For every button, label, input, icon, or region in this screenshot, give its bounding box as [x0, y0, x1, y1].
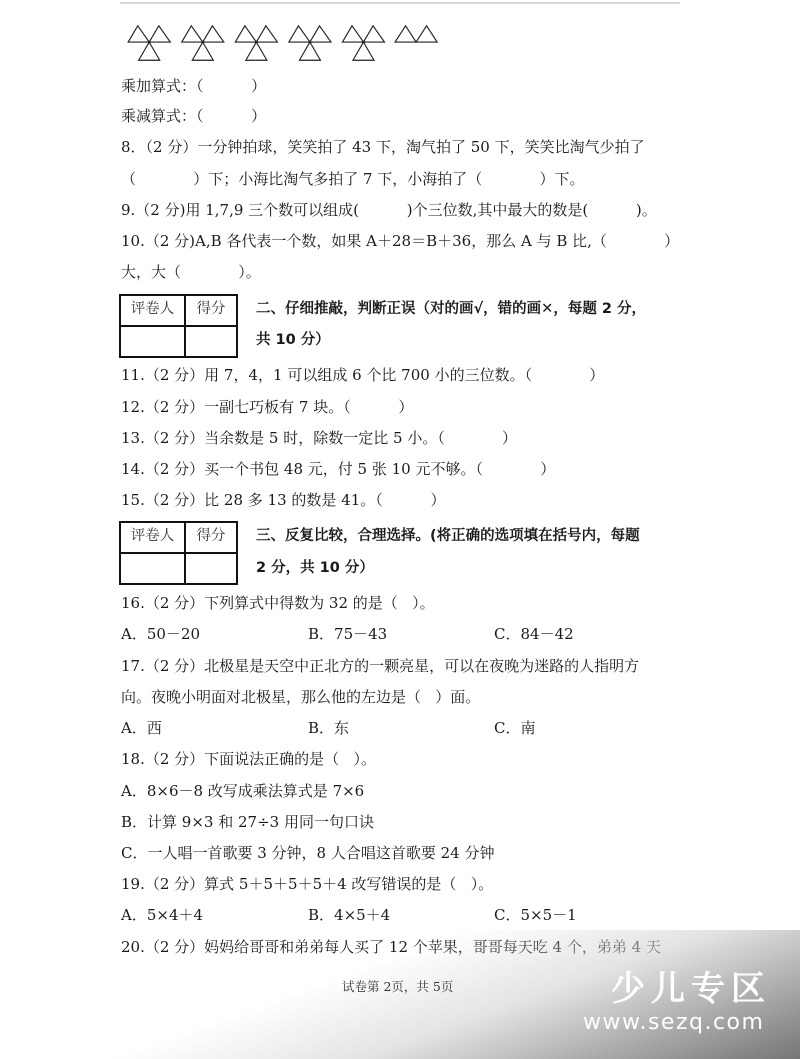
question-15: 15.（2 分）比 28 多 13 的数是 41。（ ） — [121, 490, 445, 510]
question-16-option-b: B．75－43 — [308, 624, 387, 644]
reviewer-header: 评卷人 — [120, 522, 185, 553]
question-19-option-a: A．5×4＋4 — [121, 905, 203, 925]
question-19-option-c: C．5×5－1 — [494, 905, 577, 925]
section-2-title-line-1: 二、仔细推敲，判断正误（对的画√，错的画✕，每题 2 分， — [256, 299, 646, 319]
triangle-pair-icon — [395, 26, 437, 42]
question-13: 13.（2 分）当余数是 5 时，除数一定比 5 小。（ ） — [121, 428, 517, 448]
question-12: 12.（2 分）一副七巧板有 7 块。（ ） — [121, 397, 413, 417]
section-3-score-table: 评卷人 得分 — [119, 521, 238, 585]
question-18: 18.（2 分）下面说法正确的是（ ）。 — [121, 749, 376, 769]
score-header: 得分 — [185, 522, 237, 553]
question-17-option-b: B．东 — [308, 718, 349, 738]
question-19-option-b: B．4×5＋4 — [308, 905, 390, 925]
question-11: 11.（2 分）用 7，4，1 可以组成 6 个比 700 小的三位数。（ ） — [121, 365, 604, 385]
question-10-line-2: 大，大（ ）。 — [121, 262, 261, 282]
question-17-option-c: C．南 — [494, 718, 535, 738]
question-10-line-1: 10.（2 分)A,B 各代表一个数，如果 A＋28＝B＋36，那么 A 与 B… — [121, 231, 679, 251]
mult-sub-formula-line: 乘减算式：（ ） — [121, 106, 266, 126]
question-8-line-1: 8．（2 分）一分钟拍球，笑笑拍了 43 下，淘气拍了 50 下，笑笑比淘气少拍… — [121, 137, 645, 157]
section-3-title-line-1: 三、反复比较，合理选择。(将正确的选项填在括号内，每题 — [256, 526, 640, 546]
question-8-line-2: （ ）下；小海比淘气多拍了 7 下，小海拍了（ ）下。 — [121, 169, 585, 189]
score-cell — [185, 553, 237, 584]
question-16-option-a: A．50－20 — [121, 624, 200, 644]
triangle-figure — [121, 22, 451, 66]
watermark-brand: 少儿专区 — [611, 969, 771, 1009]
question-18-option-a: A．8×6－8 改写成乘法算式是 7×6 — [121, 781, 364, 801]
question-14: 14.（2 分）买一个书包 48 元，付 5 张 10 元不够。（ ） — [121, 459, 555, 479]
watermark-url: www.sezq.com — [583, 1010, 764, 1036]
question-16: 16.（2 分）下列算式中得数为 32 的是（ ）。 — [121, 593, 435, 613]
question-17-line-2: 向。夜晚小明面对北极星，那么他的左边是（ ）面。 — [121, 687, 480, 707]
page-number: 试卷第 2页，共 5页 — [342, 977, 453, 995]
question-17-option-a: A．西 — [121, 718, 162, 738]
exam-page: 乘加算式：（ ） 乘减算式：（ ） 8．（2 分）一分钟拍球，笑笑拍了 43 下… — [0, 0, 800, 1059]
question-16-option-c: C．84－42 — [494, 624, 574, 644]
question-19: 19.（2 分）算式 5＋5＋5＋5＋4 改写错误的是（ ）。 — [121, 874, 493, 894]
reviewer-cell — [120, 553, 185, 584]
section-2-score-table: 评卷人 得分 — [119, 294, 238, 358]
reviewer-header: 评卷人 — [120, 295, 185, 326]
score-header: 得分 — [185, 295, 237, 326]
section-2-title-line-2: 共 10 分） — [256, 330, 330, 350]
question-9: 9.（2 分)用 1,7,9 三个数可以组成( )个三位数,其中最大的数是( )… — [121, 200, 657, 220]
top-rule-divider — [120, 2, 680, 4]
question-18-option-b: B．计算 9×3 和 27÷3 用同一句口诀 — [121, 812, 374, 832]
reviewer-cell — [120, 326, 185, 357]
section-3-title-line-2: 2 分，共 10 分） — [256, 558, 374, 578]
question-17-line-1: 17.（2 分）北极星是天空中正北方的一颗亮星，可以在夜晚为迷路的人指明方 — [121, 656, 639, 676]
score-cell — [185, 326, 237, 357]
mult-add-formula-line: 乘加算式：（ ） — [121, 76, 266, 96]
question-18-option-c: C．一人唱一首歌要 3 分钟，8 人合唱这首歌要 24 分钟 — [121, 843, 495, 863]
